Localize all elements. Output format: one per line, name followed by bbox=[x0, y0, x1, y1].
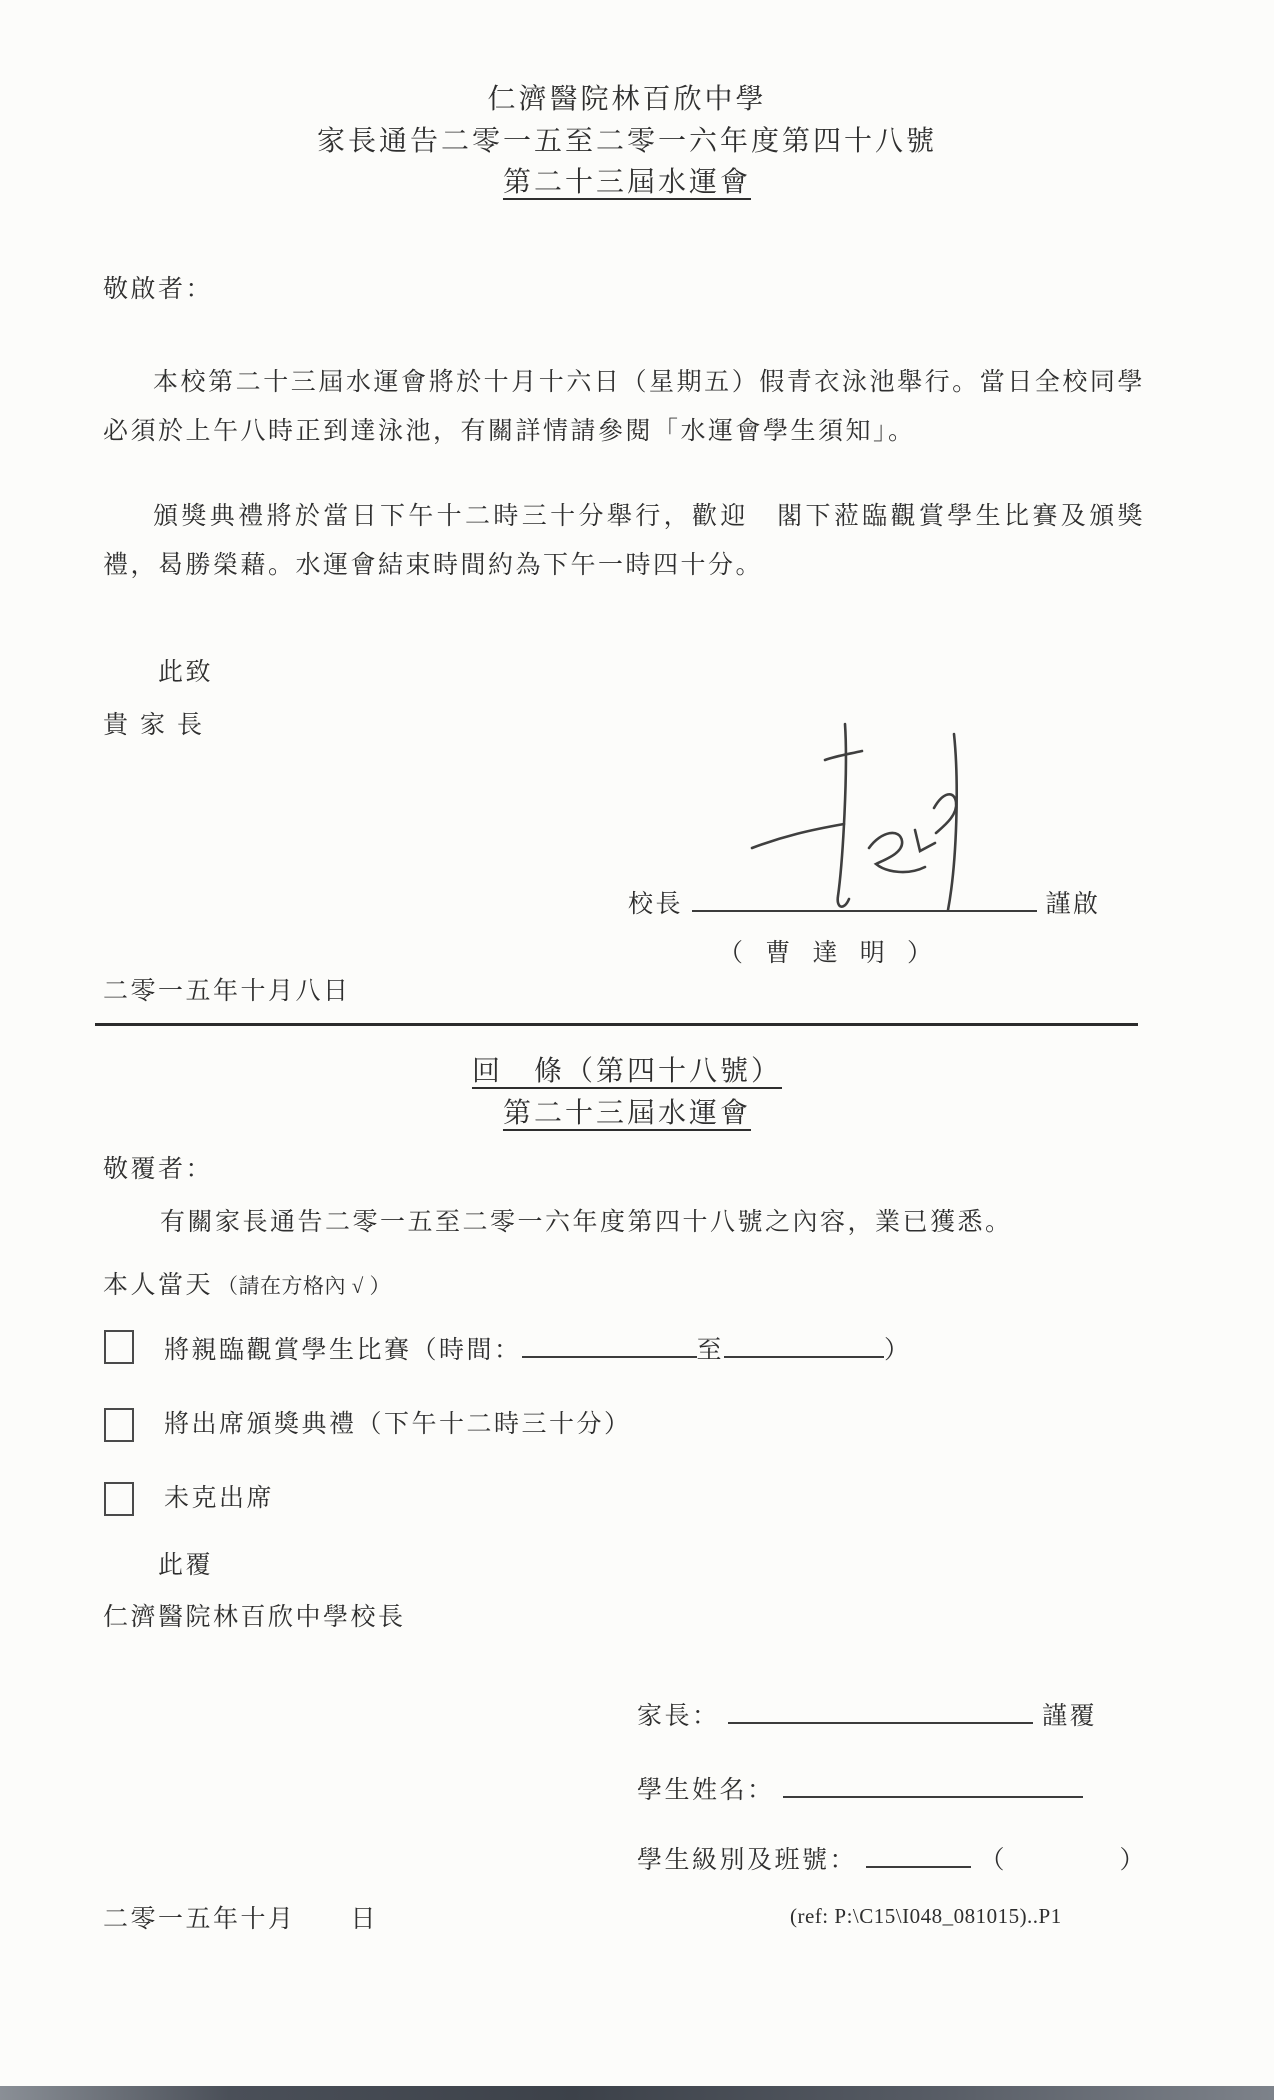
principal-signoff: 謹啟 bbox=[1046, 891, 1101, 918]
letter-recipient: 貴家長 bbox=[103, 708, 214, 744]
principal-signature-field[interactable] bbox=[692, 884, 1037, 912]
principal-name: （ 曹 達 明 ） bbox=[718, 936, 940, 972]
reply-slip-title: 回 條（第四十八號） bbox=[0, 1052, 1254, 1092]
reply-closing: 此覆 bbox=[158, 1548, 213, 1584]
principal-sign-line: 校長 謹啟 bbox=[628, 884, 1101, 920]
scan-edge-artifact bbox=[0, 2086, 1274, 2100]
student-class-row: 學生級別及班號： （ ） bbox=[637, 1840, 1147, 1876]
reply-slip-subtitle-text: 第二十三屆水運會 bbox=[503, 1098, 751, 1129]
class-paren-open: （ bbox=[980, 1847, 1008, 1874]
student-name-label: 學生姓名： bbox=[637, 1777, 775, 1804]
notice-number-line: 家長通告二零一五至二零一六年度第四十八號 bbox=[0, 122, 1254, 162]
reply-option-attend-ceremony: 將出席頒獎典禮（下午十二時三十分） bbox=[104, 1408, 632, 1442]
option1-text-pre: 將親臨觀賞學生比賽（時間： bbox=[164, 1337, 522, 1364]
reply-option-unable-attend: 未克出席 bbox=[104, 1482, 274, 1516]
reply-salutation: 敬覆者： bbox=[103, 1152, 213, 1188]
scanned-notice-page: 仁濟醫院林百欣中學 家長通告二零一五至二零一六年度第四十八號 第二十三屆水運會 … bbox=[0, 0, 1274, 2100]
time-to-field[interactable] bbox=[724, 1330, 884, 1358]
class-paren-close: ） bbox=[1120, 1847, 1148, 1874]
checkbox-attend-ceremony[interactable] bbox=[104, 1408, 134, 1442]
reply-slip-title-text: 回 條（第四十八號） bbox=[472, 1056, 782, 1087]
letter-paragraph-2: 頒獎典禮將於當日下午十二時三十分舉行，歡迎 閣下蒞臨觀賞學生比賽及頒獎禮，曷勝榮… bbox=[103, 492, 1145, 590]
student-name-row: 學生姓名： bbox=[637, 1770, 1083, 1806]
reply-instruction-main: 本人當天 bbox=[103, 1272, 213, 1299]
reply-instruction-note: （請在方格內 √ ） bbox=[217, 1274, 391, 1298]
parent-signoff: 謹覆 bbox=[1042, 1703, 1097, 1730]
letter-salutation: 敬啟者： bbox=[103, 272, 213, 308]
option1-text-mid: 至 bbox=[697, 1337, 725, 1364]
reply-acknowledgement: 有關家長通告二零一五至二零一六年度第四十八號之內容，業已獲悉。 bbox=[160, 1205, 1013, 1241]
reply-instruction: 本人當天 （請在方格內 √ ） bbox=[103, 1268, 391, 1304]
parent-signature-field[interactable] bbox=[728, 1696, 1033, 1724]
principal-label: 校長 bbox=[628, 891, 683, 918]
notice-subject-text: 第二十三屆水運會 bbox=[503, 167, 751, 198]
school-name: 仁濟醫院林百欣中學 bbox=[0, 80, 1254, 120]
student-name-field[interactable] bbox=[783, 1770, 1083, 1798]
option-attend-ceremony-label: 將出席頒獎典禮（下午十二時三十分） bbox=[164, 1408, 632, 1442]
option1-text-post: ） bbox=[884, 1337, 912, 1364]
reply-footer-date: 二零一五年十月 日 bbox=[103, 1902, 378, 1938]
time-from-field[interactable] bbox=[522, 1330, 697, 1358]
reply-slip-subtitle: 第二十三屆水運會 bbox=[0, 1094, 1254, 1134]
option-attend-competition-label: 將親臨觀賞學生比賽（時間：至） bbox=[164, 1330, 912, 1368]
parent-sign-row: 家長： 謹覆 bbox=[637, 1696, 1097, 1732]
option-unable-attend-label: 未克出席 bbox=[164, 1482, 274, 1516]
reply-addressee: 仁濟醫院林百欣中學校長 bbox=[103, 1600, 406, 1636]
letter-paragraph-1: 本校第二十三屆水運會將於十月十六日（星期五）假青衣泳池舉行。當日全校同學必須於上… bbox=[103, 358, 1145, 456]
document-ref: (ref: P:\C15\I048_081015)..P1 bbox=[790, 1904, 1062, 1929]
checkbox-attend-competition[interactable] bbox=[104, 1330, 134, 1364]
section-divider bbox=[95, 1023, 1138, 1026]
letter-date: 二零一五年十月八日 bbox=[103, 974, 351, 1010]
reply-option-attend-competition: 將親臨觀賞學生比賽（時間：至） bbox=[104, 1330, 912, 1368]
checkbox-unable-attend[interactable] bbox=[104, 1482, 134, 1516]
notice-subject: 第二十三屆水運會 bbox=[0, 163, 1254, 203]
student-class-field[interactable] bbox=[866, 1840, 971, 1868]
student-class-label: 學生級別及班號： bbox=[637, 1847, 857, 1874]
letter-closing: 此致 bbox=[158, 655, 213, 691]
parent-label: 家長： bbox=[637, 1703, 720, 1730]
